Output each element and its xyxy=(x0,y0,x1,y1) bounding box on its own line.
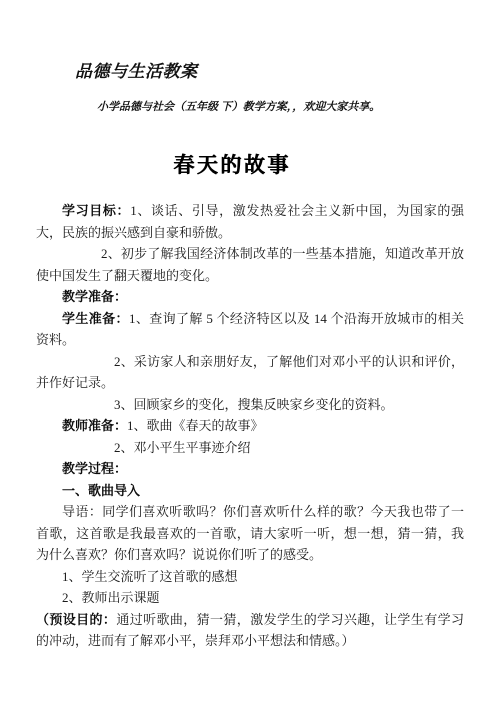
document-body: 学习目标：1、谈话、引导，激发热爱社会主义新中国，为国家的强大，民族的振兴感到自… xyxy=(36,200,464,652)
para-teaching-prep: 教学准备： xyxy=(36,286,464,308)
para-step-1: 1、学生交流听了这首歌的感想 xyxy=(36,566,464,588)
para-goal-2: 2、初步了解我国经济体制改革的一些基本措施，知道改革开放使中国发生了翻天覆地的变… xyxy=(36,243,464,286)
para-student-prep-3-text: 3、回顾家乡的变化，搜集反映家乡变化的资料。 xyxy=(114,397,394,412)
document-title: 春天的故事 xyxy=(36,150,428,180)
document-subtitle: 小学品德与社会（五年级 下）教学方案，，欢迎大家共享。 xyxy=(97,100,464,114)
label-teaching-prep: 教学准备： xyxy=(62,289,127,304)
para-teacher-prep-2-text: 2、邓小平生平事迹介绍 xyxy=(114,440,251,455)
para-lead-in-text: 导语：同学们喜欢听歌吗？你们喜欢听什么样的歌？今天我也带了一首歌，这首歌是我最喜… xyxy=(36,504,464,562)
para-preset-purpose: （预设目的：通过听歌曲，猜一猜，激发学生的学习兴趣，让学生有学习的冲动，进而有了… xyxy=(36,609,464,652)
para-teacher-prep: 教师准备：1、歌曲《春天的故事》 xyxy=(36,415,464,437)
para-student-prep-3: 3、回顾家乡的变化，搜集反映家乡变化的资料。 xyxy=(36,394,464,416)
label-learning-goals: 学习目标： xyxy=(62,203,130,218)
label-teaching-process: 教学过程： xyxy=(62,461,127,476)
para-learning-goals: 学习目标：1、谈话、引导，激发热爱社会主义新中国，为国家的强大，民族的振兴感到自… xyxy=(36,200,464,243)
para-teacher-prep-text: 1、歌曲《春天的故事》 xyxy=(127,418,264,433)
label-teacher-prep: 教师准备： xyxy=(62,418,127,433)
para-student-prep-2: 2、采访家人和亲朋好友，了解他们对邓小平的认识和评价，并作好记录。 xyxy=(36,351,464,394)
para-student-prep: 学生准备：1、查询了解 5 个经济特区以及 14 个沿海开放城市的相关资料。 xyxy=(36,308,464,351)
para-lead-in: 导语：同学们喜欢听歌吗？你们喜欢听什么样的歌？今天我也带了一首歌，这首歌是我最喜… xyxy=(36,501,464,566)
label-section-song-intro: 一、歌曲导入 xyxy=(62,483,140,498)
para-student-prep-2-text: 2、采访家人和亲朋好友，了解他们对邓小平的认识和评价，并作好记录。 xyxy=(36,354,464,391)
para-teaching-process: 教学过程： xyxy=(36,458,464,480)
para-step-1-text: 1、学生交流听了这首歌的感想 xyxy=(62,569,238,584)
para-goal-2-text: 2、初步了解我国经济体制改革的一些基本措施，知道改革开放使中国发生了翻天覆地的变… xyxy=(36,246,464,283)
label-preset-purpose: （预设目的： xyxy=(36,612,116,627)
para-teacher-prep-2: 2、邓小平生平事迹介绍 xyxy=(36,437,464,459)
para-section-song-intro: 一、歌曲导入 xyxy=(36,480,464,502)
document-page: 品德与生活教案 小学品德与社会（五年级 下）教学方案，，欢迎大家共享。 春天的故… xyxy=(0,0,500,707)
para-step-2-text: 2、教师出示课题 xyxy=(62,590,160,605)
document-category-heading: 品德与生活教案 xyxy=(75,62,464,82)
label-student-prep: 学生准备： xyxy=(62,311,129,326)
para-step-2: 2、教师出示课题 xyxy=(36,587,464,609)
